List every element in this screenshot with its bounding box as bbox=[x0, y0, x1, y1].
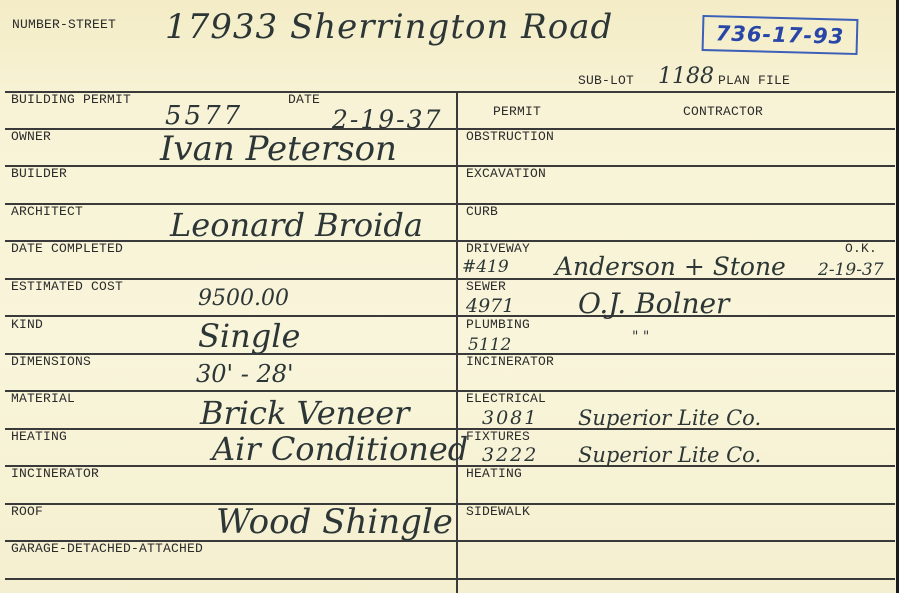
date-completed-label: DATE COMPLETED bbox=[11, 242, 123, 255]
builder-label: BUILDER bbox=[11, 167, 67, 180]
fixtures-contractor: Superior Lite Co. bbox=[578, 445, 761, 466]
architect-label: ARCHITECT bbox=[11, 205, 83, 218]
curb-label: CURB bbox=[466, 205, 498, 218]
permit-header: PERMIT bbox=[493, 105, 541, 118]
kind-label: KIND bbox=[11, 318, 43, 331]
estimated-cost-value: 9500.00 bbox=[198, 288, 289, 310]
electrical-permit-no: 3081 bbox=[482, 409, 538, 428]
owner-value: Ivan Peterson bbox=[160, 132, 397, 166]
architect-value: Leonard Broida bbox=[170, 209, 423, 241]
rule-line bbox=[5, 390, 895, 392]
sewer-label: SEWER bbox=[466, 280, 506, 293]
kind-value: Single bbox=[198, 320, 300, 352]
dimensions-label: DIMENSIONS bbox=[11, 355, 91, 368]
heating-value: Air Conditioned bbox=[212, 433, 468, 465]
fixtures-permit-no: 3222 bbox=[482, 446, 538, 465]
building-permit-card: NUMBER-STREET 17933 Sherrington Road 736… bbox=[0, 0, 899, 593]
driveway-contractor: Anderson + Stone bbox=[555, 254, 786, 279]
ok-header: O.K. bbox=[845, 242, 877, 255]
rule-line bbox=[5, 353, 895, 355]
obstruction-label: OBSTRUCTION bbox=[466, 130, 554, 143]
heating-label: HEATING bbox=[11, 430, 67, 443]
excavation-label: EXCAVATION bbox=[466, 167, 546, 180]
driveway-ok-date: 2-19-37 bbox=[818, 262, 884, 279]
estimated-cost-label: ESTIMATED COST bbox=[11, 280, 123, 293]
heating-permit-label: HEATING bbox=[466, 467, 522, 480]
dimensions-value: 30' - 28' bbox=[196, 362, 294, 386]
fixtures-label: FIXTURES bbox=[466, 430, 530, 443]
plumbing-permit-no: 5112 bbox=[468, 337, 511, 354]
rule-line bbox=[5, 203, 895, 205]
roof-label: ROOF bbox=[11, 505, 43, 518]
incinerator-label: INCINERATOR bbox=[11, 467, 99, 480]
plan-file-label: PLAN FILE bbox=[718, 74, 790, 87]
sidewalk-label: SIDEWALK bbox=[466, 505, 530, 518]
building-permit-value: 5577 bbox=[165, 103, 243, 129]
driveway-label: DRIVEWAY bbox=[466, 242, 530, 255]
number-street-label: NUMBER-STREET bbox=[12, 18, 116, 31]
sewer-contractor: O.J. Bolner bbox=[578, 290, 729, 318]
building-permit-label: BUILDING PERMIT bbox=[11, 93, 131, 106]
electrical-label: ELECTRICAL bbox=[466, 392, 546, 405]
rule-line bbox=[5, 240, 895, 242]
rule-line bbox=[5, 165, 895, 167]
electrical-contractor: Superior Lite Co. bbox=[578, 408, 761, 429]
rule-line bbox=[5, 128, 895, 130]
owner-label: OWNER bbox=[11, 130, 51, 143]
date-label: DATE bbox=[288, 93, 320, 106]
sub-lot-value: 1188 bbox=[658, 66, 714, 88]
rule-line bbox=[5, 578, 895, 580]
sewer-permit-no: 4971 bbox=[466, 297, 514, 316]
column-divider bbox=[456, 91, 458, 593]
incinerator-permit-label: INCINERATOR bbox=[466, 355, 554, 368]
rule-line bbox=[5, 315, 895, 317]
plumbing-label: PLUMBING bbox=[466, 318, 530, 331]
garage-label: GARAGE-DETACHED-ATTACHED bbox=[11, 542, 203, 555]
sub-lot-label: SUB-LOT bbox=[578, 74, 634, 87]
plumbing-contractor-ditto: " " bbox=[632, 330, 649, 344]
contractor-header: CONTRACTOR bbox=[683, 105, 763, 118]
driveway-permit-no: #419 bbox=[462, 259, 509, 276]
material-label: MATERIAL bbox=[11, 392, 75, 405]
roof-value: Wood Shingle bbox=[216, 505, 453, 539]
stamp-number: 736-17-93 bbox=[702, 15, 859, 55]
material-value: Brick Veneer bbox=[200, 397, 409, 429]
address-value: 17933 Sherrington Road bbox=[165, 10, 613, 44]
rule-line bbox=[5, 91, 895, 93]
